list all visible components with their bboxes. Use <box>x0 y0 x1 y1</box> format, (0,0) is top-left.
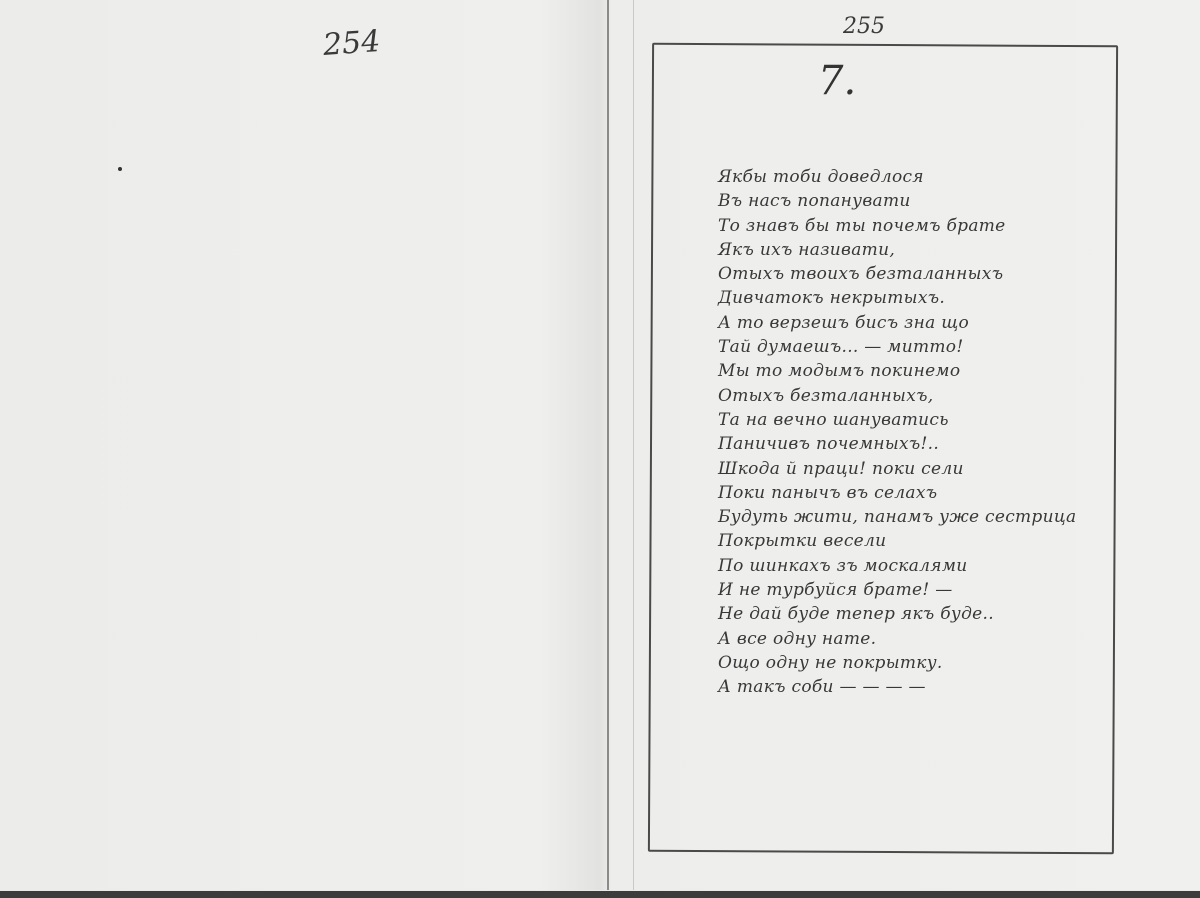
page-edge <box>633 0 634 890</box>
poem-line: Якъ ихъ називати, <box>718 238 1118 262</box>
poem-line: Отыхъ твоихъ безталанныхъ <box>718 262 1118 286</box>
poem-line: Та на вечно шануватись <box>718 408 1118 432</box>
poem-line: А все одну нате. <box>718 627 1118 651</box>
poem-line: Поки панычъ въ селахъ <box>718 481 1118 505</box>
poem-line: Шкода й праци! поки сели <box>718 457 1118 481</box>
poem-line: Будуть жити, панамъ уже сестрица <box>718 505 1118 529</box>
poem-line: А то верзешъ бисъ зна що <box>718 311 1118 335</box>
page-gutter <box>607 0 609 890</box>
left-page-number: 254 <box>322 24 382 63</box>
poem-line: А такъ соби — — — — <box>718 675 1118 699</box>
poem-line: Мы то модымъ покинемо <box>718 359 1118 383</box>
poem-line: Якбы тоби доведлося <box>718 165 1118 189</box>
ink-spot <box>118 167 122 171</box>
right-page-number: 255 <box>843 14 885 39</box>
poem-line: Паничивъ почемныхъ!.. <box>718 432 1118 456</box>
poem-line: Дивчатокъ некрытыхъ. <box>718 286 1118 310</box>
poem-line: Не дай буде тепер якъ буде.. <box>718 602 1118 626</box>
poem-text: Якбы тоби доведлося Въ насъ попанувати Т… <box>718 165 1118 700</box>
poem-line: То знавъ бы ты почемъ брате <box>718 214 1118 238</box>
poem-line: Въ насъ попанувати <box>718 189 1118 213</box>
poem-number: 7. <box>818 58 856 104</box>
poem-line: Тай думаешъ... — митто! <box>718 335 1118 359</box>
poem-line: Отыхъ безталанныхъ, <box>718 384 1118 408</box>
scan-bottom-edge <box>0 891 1200 898</box>
poem-line: По шинкахъ зъ москалями <box>718 554 1118 578</box>
poem-line: Покрытки весели <box>718 529 1118 553</box>
manuscript-spread: 254 255 7. Якбы тоби доведлося Въ насъ п… <box>0 0 1200 890</box>
poem-line: Ощо одну не покрытку. <box>718 651 1118 675</box>
poem-line: И не турбуйся брате! — <box>718 578 1118 602</box>
